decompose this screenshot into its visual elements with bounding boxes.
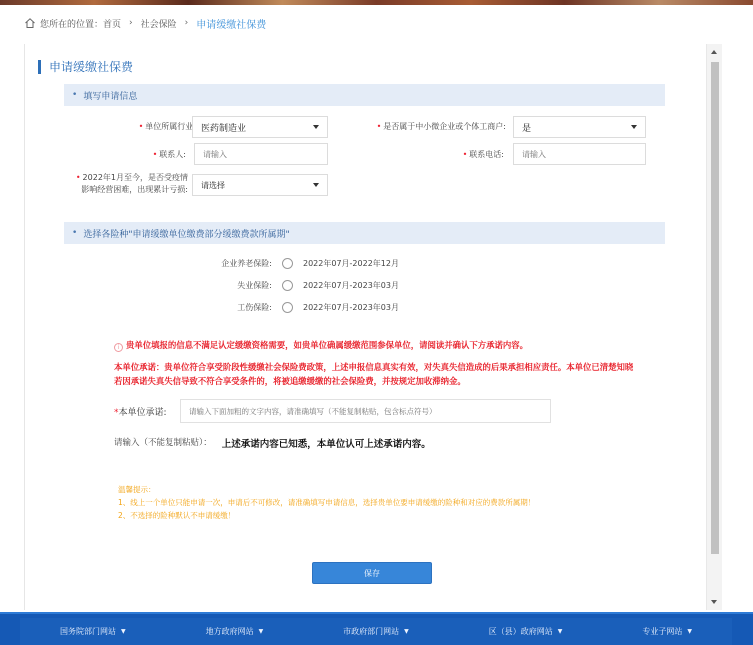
typein-instruction: 请输入（不能复制粘贴）： 上述承诺内容已知悉，本单位认可上述承诺内容。 <box>114 436 431 450</box>
radio-option-injury[interactable]: 工伤保险: 2022年07月-2023年03月 <box>200 302 399 313</box>
option-period: 2022年07月-2023年03月 <box>303 280 399 291</box>
sme-select-value: 是 <box>522 121 631 134</box>
breadcrumb: 您所在的位置： 首页 › 社会保险 › 申请缓缴社保费 <box>24 14 266 32</box>
scroll-up-arrow-icon[interactable] <box>711 50 717 54</box>
caret-down-icon: ▼ <box>558 628 563 635</box>
affected-label: •2022年1月至今，是否受疫情 影响经营困难，出现累计亏损: <box>72 172 188 196</box>
vertical-scrollbar[interactable] <box>706 44 722 610</box>
caret-down-icon: ▼ <box>259 628 264 635</box>
industry-select-value: 医药制造业 <box>201 121 313 134</box>
phone-input[interactable] <box>513 143 646 165</box>
footer-link-district-gov[interactable]: 区（县）政府网站▼ <box>489 626 563 637</box>
option-label: 企业养老保险: <box>200 258 272 269</box>
promise-label: *本单位承诺: <box>114 405 167 418</box>
scroll-down-arrow-icon[interactable] <box>711 600 717 604</box>
breadcrumb-social-insurance[interactable]: 社会保险 <box>141 17 177 30</box>
page-title-text: 申请缓缴社保费 <box>49 58 133 75</box>
radio-button[interactable] <box>282 280 293 291</box>
footer-link-local-gov[interactable]: 地方政府网站▼ <box>206 626 264 637</box>
commitment-text: 本单位承诺：贵单位符合享受阶段性缓缴社会保险费政策，上述申报信息真实有效，对失真… <box>114 360 634 388</box>
save-button[interactable]: 保存 <box>312 562 432 584</box>
tips-title: 温馨提示： <box>118 483 535 496</box>
sme-select[interactable]: 是 <box>513 116 646 138</box>
tips-box: 温馨提示： 1、线上一个单位只能申请一次，申请后不可修改，请准确填写申请信息，选… <box>118 483 535 522</box>
tip-item: 2、不选择的险种默认不申请缓缴！ <box>118 509 535 522</box>
breadcrumb-prefix: 您所在的位置： <box>40 17 103 30</box>
phone-label: •联系电话: <box>430 149 504 160</box>
radio-option-unemployment[interactable]: 失业保险: 2022年07月-2023年03月 <box>200 280 399 291</box>
footer-link-state-council[interactable]: 国务院部门网站▼ <box>60 626 126 637</box>
radio-button[interactable] <box>282 302 293 313</box>
promise-input[interactable] <box>180 399 551 423</box>
option-period: 2022年07月-2023年03月 <box>303 302 399 313</box>
footer-link-city-dept[interactable]: 市政府部门网站▼ <box>343 626 409 637</box>
chevron-down-icon <box>313 125 319 129</box>
top-banner-image <box>0 0 753 5</box>
footer-link-sub-sites[interactable]: 专业子网站▼ <box>642 626 692 637</box>
breadcrumb-separator: › <box>129 18 133 28</box>
bullet-icon: • <box>72 228 77 238</box>
chevron-down-icon <box>313 183 319 187</box>
typein-text: 上述承诺内容已知悉，本单位认可上述承诺内容。 <box>222 436 431 450</box>
caret-down-icon: ▼ <box>404 628 409 635</box>
option-period: 2022年07月-2022年12月 <box>303 258 399 269</box>
footer-nav: 国务院部门网站▼ 地方政府网站▼ 市政府部门网站▼ 区（县）政府网站▼ 专业子网… <box>0 612 753 645</box>
chevron-down-icon <box>631 125 637 129</box>
option-label: 失业保险: <box>200 280 272 291</box>
section-header-insurance-periods: • 选择各险种"申请缓缴单位缴费部分缓缴费款所属期" <box>64 222 665 244</box>
contact-label: •联系人: <box>130 149 186 160</box>
typein-label: 请输入（不能复制粘贴）： <box>114 436 212 450</box>
tip-item: 1、线上一个单位只能申请一次，申请后不可修改，请准确填写申请信息，选择贵单位要申… <box>118 496 535 509</box>
info-icon: i <box>114 343 123 352</box>
contact-input[interactable] <box>194 143 328 165</box>
affected-select-value: 请选择 <box>201 180 313 191</box>
breadcrumb-separator: › <box>185 18 189 28</box>
breadcrumb-current: 申请缓缴社保费 <box>196 16 266 31</box>
caret-down-icon: ▼ <box>687 628 692 635</box>
caret-down-icon: ▼ <box>121 628 126 635</box>
radio-option-pension[interactable]: 企业养老保险: 2022年07月-2022年12月 <box>200 258 399 269</box>
home-icon <box>24 17 36 29</box>
section-title: 填写申请信息 <box>83 89 137 102</box>
affected-select[interactable]: 请选择 <box>192 174 328 196</box>
breadcrumb-home[interactable]: 首页 <box>103 17 121 30</box>
section-title: 选择各险种"申请缓缴单位缴费部分缓缴费款所属期" <box>83 227 289 240</box>
page-title: 申请缓缴社保费 <box>38 58 133 75</box>
title-accent-bar <box>38 60 41 74</box>
eligibility-warning: i贵单位填报的信息不满足认定缓缴资格需要，如贵单位确属缓缴范围参保单位，请阅读并… <box>114 338 634 352</box>
bullet-icon: • <box>72 90 77 100</box>
section-header-application-info: • 填写申请信息 <box>64 84 665 106</box>
radio-button[interactable] <box>282 258 293 269</box>
scrollbar-thumb[interactable] <box>711 62 719 554</box>
industry-select[interactable]: 医药制造业 <box>192 116 328 138</box>
option-label: 工伤保险: <box>200 302 272 313</box>
sme-label: •是否属于中小微企业或个体工商户: <box>360 121 506 132</box>
